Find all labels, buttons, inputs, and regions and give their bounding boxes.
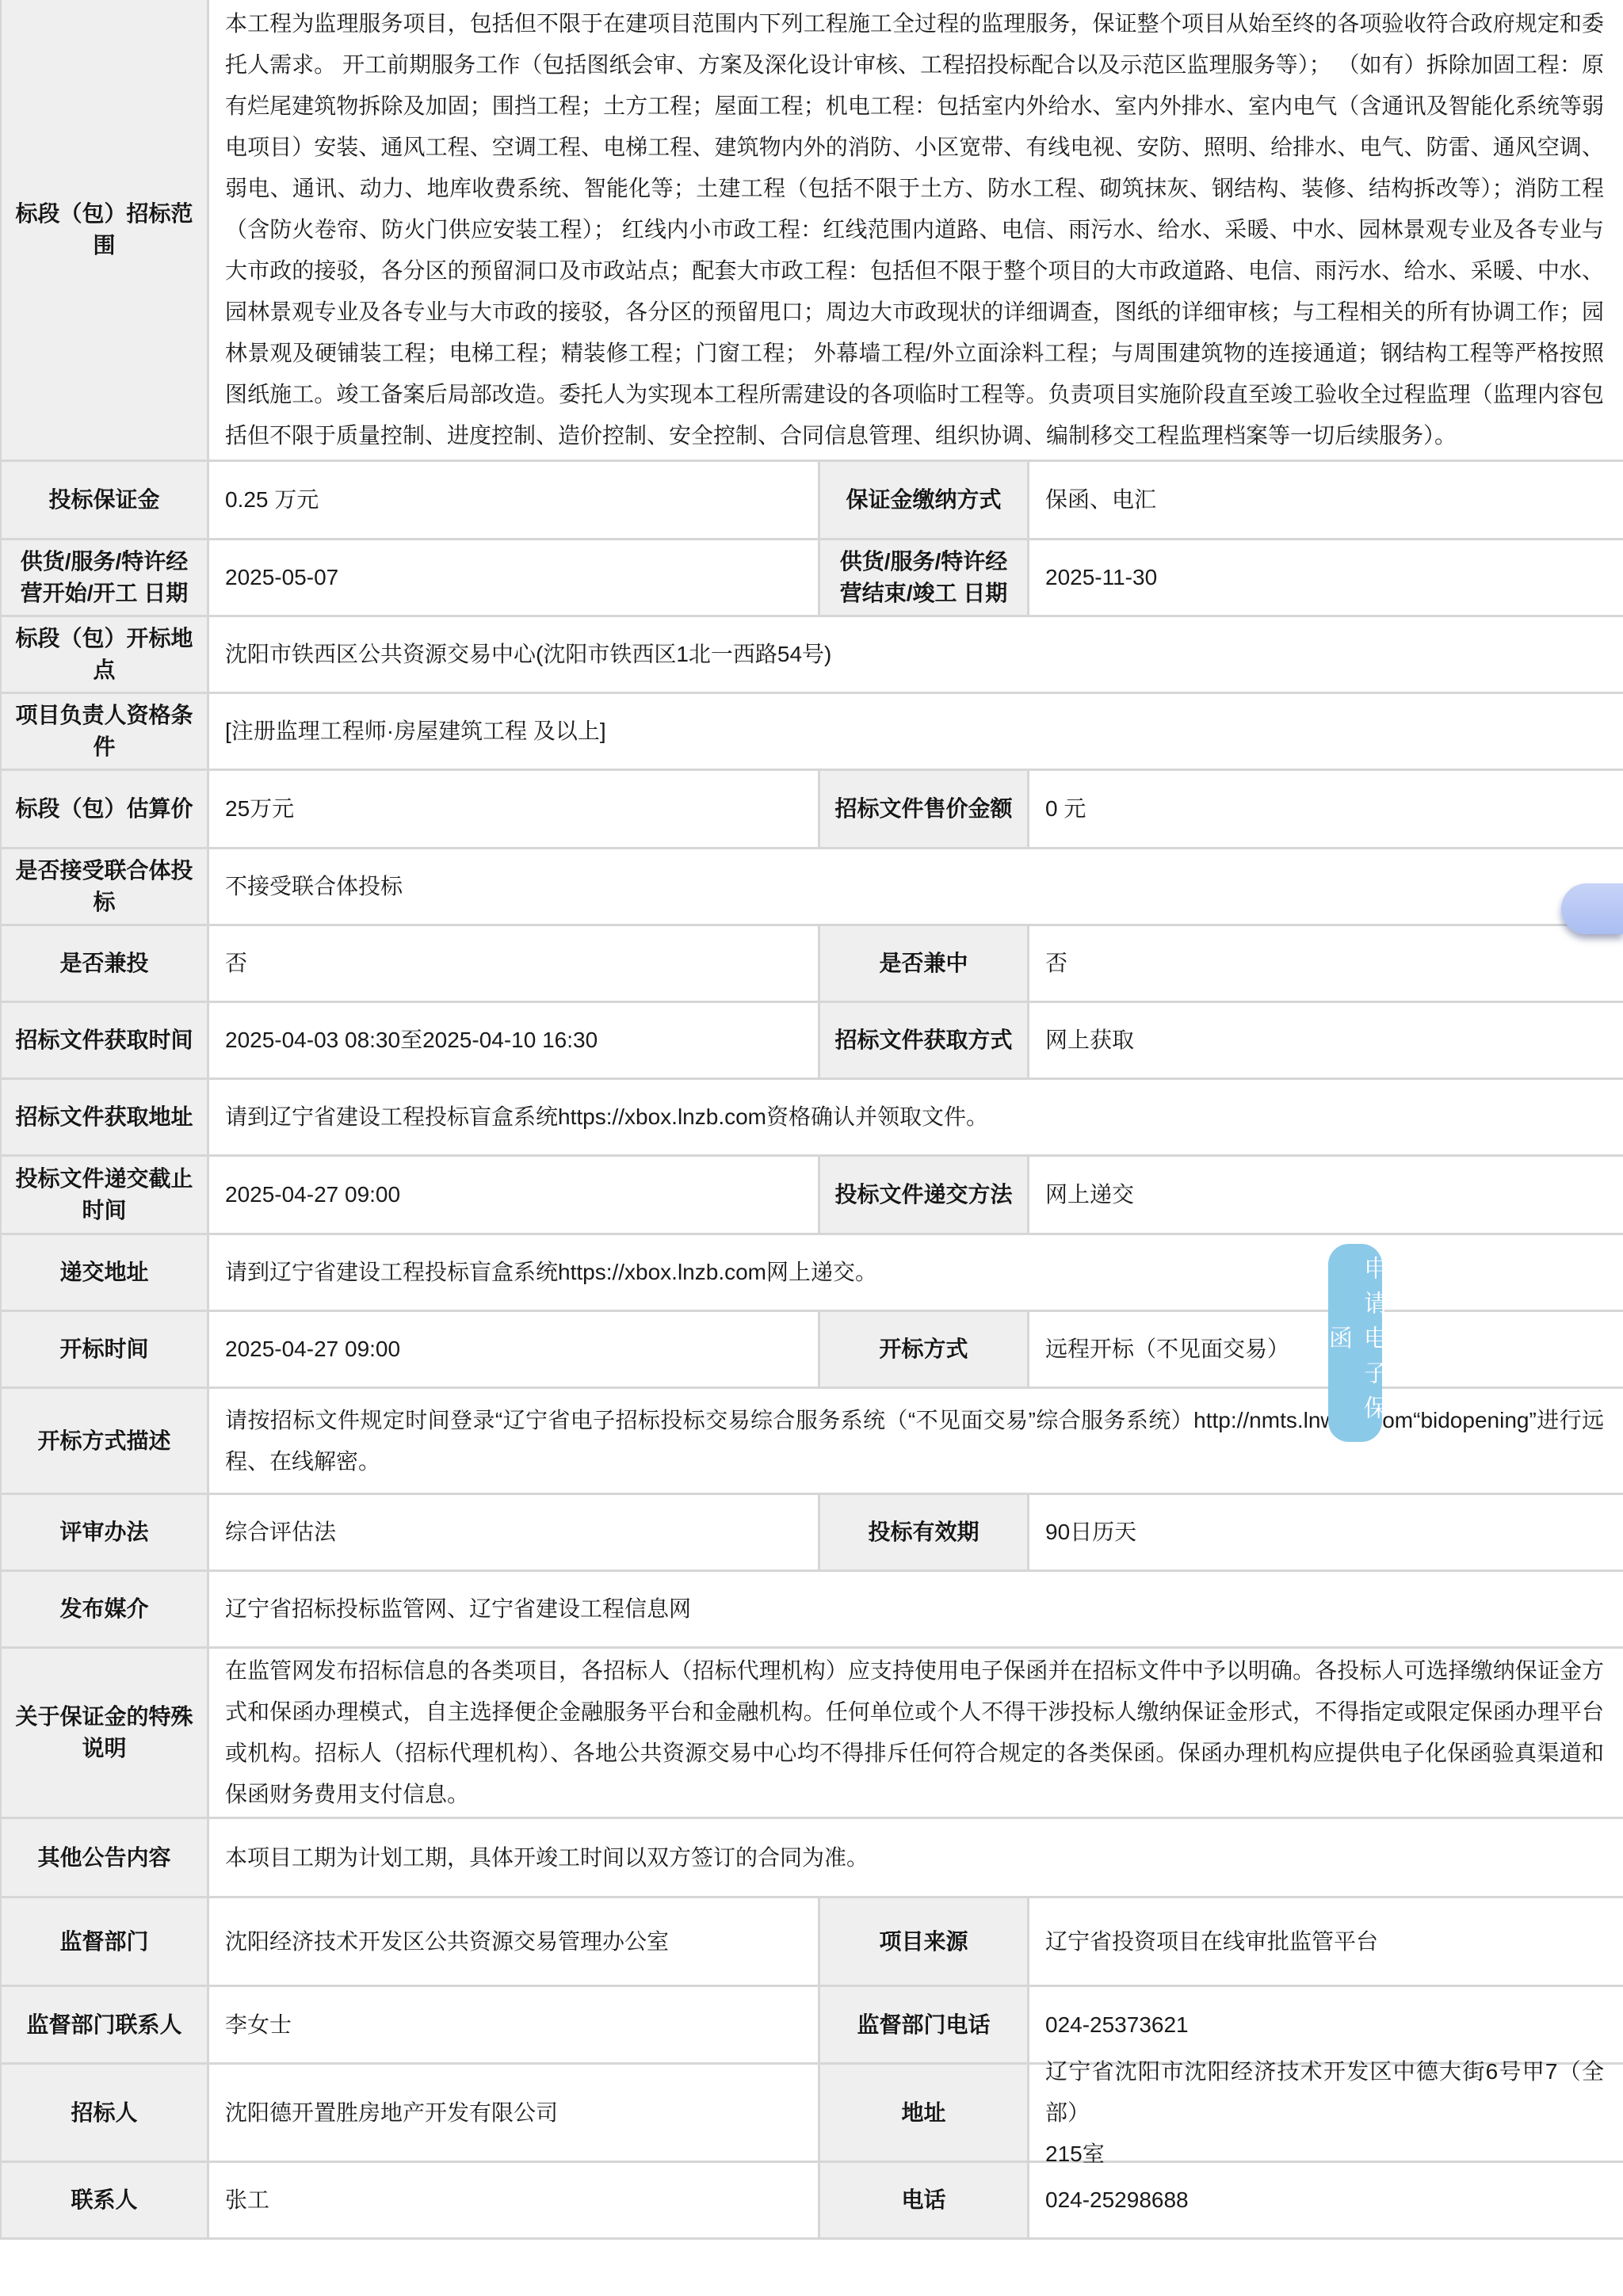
row-label: 招标人 — [2, 2065, 209, 2161]
table-row: 投标文件递交截止时间2025-04-27 09:00投标文件递交方法网上递交 — [2, 1157, 1623, 1235]
row-value: 网上获取 — [1029, 1003, 1623, 1077]
row-value: [注册监理工程师·房屋建筑工程 及以上] — [209, 694, 1623, 769]
row-value: 网上递交 — [1029, 1157, 1623, 1233]
row-value: 综合评估法 — [209, 1495, 818, 1569]
row-value: 90日历天 — [1029, 1495, 1623, 1569]
row-value: 张工 — [209, 2163, 818, 2237]
row-value: 本项目工期为计划工期，具体开竣工时间以双方签订的合同为准。 — [209, 1819, 1623, 1896]
row-label: 是否兼中 — [818, 926, 1029, 1001]
tender-table: 标段（包）招标范围本工程为监理服务项目，包括但不限于在建项目范围内下列工程施工全… — [0, 0, 1623, 2240]
row-label: 投标有效期 — [818, 1495, 1029, 1569]
row-label: 招标文件售价金额 — [818, 771, 1029, 847]
table-row: 其他公告内容本项目工期为计划工期，具体开竣工时间以双方签订的合同为准。 — [2, 1819, 1623, 1898]
table-row: 供货/服务/特许经营开始/开工 日期2025-05-07供货/服务/特许经营结束… — [2, 540, 1623, 617]
row-label: 招标文件获取方式 — [818, 1003, 1029, 1077]
table-row: 标段（包）招标范围本工程为监理服务项目，包括但不限于在建项目范围内下列工程施工全… — [2, 0, 1623, 462]
row-label: 标段（包）开标地点 — [2, 617, 209, 692]
row-label: 标段（包）招标范围 — [2, 0, 209, 460]
row-label: 监督部门电话 — [818, 1987, 1029, 2062]
row-label: 投标保证金 — [2, 462, 209, 538]
row-value: 不接受联合体投标 — [209, 849, 1623, 924]
table-row: 标段（包）开标地点沈阳市铁西区公共资源交易中心(沈阳市铁西区1北一西路54号) — [2, 617, 1623, 694]
row-value: 本工程为监理服务项目，包括但不限于在建项目范围内下列工程施工全过程的监理服务，保… — [209, 0, 1623, 460]
row-label: 项目负责人资格条件 — [2, 694, 209, 769]
row-label: 发布媒介 — [2, 1572, 209, 1646]
row-label: 地址 — [818, 2065, 1029, 2161]
row-label: 投标文件递交方法 — [818, 1157, 1029, 1233]
row-value: 保函、电汇 — [1029, 462, 1623, 538]
table-row: 是否兼投否是否兼中否 — [2, 926, 1623, 1003]
row-value: 否 — [1029, 926, 1623, 1001]
table-row: 项目负责人资格条件[注册监理工程师·房屋建筑工程 及以上] — [2, 694, 1623, 771]
table-row: 联系人张工电话024-25298688 — [2, 2163, 1623, 2240]
row-value: 李女士 — [209, 1987, 818, 2062]
row-value: 辽宁省沈阳市沈阳经济技术开发区中德大街6号甲7（全部） 215室 — [1029, 2065, 1623, 2161]
row-value: 请到辽宁省建设工程投标盲盒系统https://xbox.lnzb.com资格确认… — [209, 1080, 1623, 1154]
row-value: 024-25298688 — [1029, 2163, 1623, 2237]
row-label: 关于保证金的特殊说明 — [2, 1649, 209, 1817]
row-label: 评审办法 — [2, 1495, 209, 1569]
table-row: 关于保证金的特殊说明在监管网发布招标信息的各类项目，各招标人（招标代理机构）应支… — [2, 1649, 1623, 1819]
row-label: 招标文件获取时间 — [2, 1003, 209, 1077]
row-value: 沈阳德开置胜房地产开发有限公司 — [209, 2065, 818, 2161]
row-label: 其他公告内容 — [2, 1819, 209, 1896]
row-value: 2025-04-27 09:00 — [209, 1312, 818, 1386]
table-row: 招标人沈阳德开置胜房地产开发有限公司地址辽宁省沈阳市沈阳经济技术开发区中德大街6… — [2, 2065, 1623, 2163]
apply-electronic-guarantee-button[interactable]: 申请电子保函 — [1328, 1244, 1382, 1442]
row-label: 监督部门 — [2, 1898, 209, 1985]
row-label: 是否接受联合体投标 — [2, 849, 209, 924]
row-label: 开标时间 — [2, 1312, 209, 1386]
row-value: 辽宁省投资项目在线审批监管平台 — [1029, 1898, 1623, 1985]
row-label: 开标方式 — [818, 1312, 1029, 1386]
row-label: 供货/服务/特许经营结束/竣工 日期 — [818, 540, 1029, 615]
row-value: 0 元 — [1029, 771, 1623, 847]
table-row: 评审办法综合评估法投标有效期90日历天 — [2, 1495, 1623, 1572]
table-row: 是否接受联合体投标不接受联合体投标 — [2, 849, 1623, 926]
row-value: 2025-04-27 09:00 — [209, 1157, 818, 1233]
row-label: 递交地址 — [2, 1235, 209, 1310]
row-value: 2025-04-03 08:30至2025-04-10 16:30 — [209, 1003, 818, 1077]
row-value: 0.25 万元 — [209, 462, 818, 538]
row-label: 保证金缴纳方式 — [818, 462, 1029, 538]
table-row: 标段（包）估算价25万元招标文件售价金额0 元 — [2, 771, 1623, 849]
table-row: 招标文件获取地址请到辽宁省建设工程投标盲盒系统https://xbox.lnzb… — [2, 1080, 1623, 1157]
table-row: 发布媒介辽宁省招标投标监管网、辽宁省建设工程信息网 — [2, 1572, 1623, 1649]
row-label: 联系人 — [2, 2163, 209, 2237]
row-value: 2025-05-07 — [209, 540, 818, 615]
row-value: 2025-11-30 — [1029, 540, 1623, 615]
row-value: 在监管网发布招标信息的各类项目，各招标人（招标代理机构）应支持使用电子保函并在招… — [209, 1649, 1623, 1817]
row-label: 投标文件递交截止时间 — [2, 1157, 209, 1233]
row-value: 沈阳经济技术开发区公共资源交易管理办公室 — [209, 1898, 818, 1985]
row-value: 请到辽宁省建设工程投标盲盒系统https://xbox.lnzb.com网上递交… — [209, 1235, 1623, 1310]
table-row: 监督部门沈阳经济技术开发区公共资源交易管理办公室项目来源辽宁省投资项目在线审批监… — [2, 1898, 1623, 1987]
row-label: 标段（包）估算价 — [2, 771, 209, 847]
row-label: 是否兼投 — [2, 926, 209, 1001]
row-value: 25万元 — [209, 771, 818, 847]
row-value: 辽宁省招标投标监管网、辽宁省建设工程信息网 — [209, 1572, 1623, 1646]
row-value: 沈阳市铁西区公共资源交易中心(沈阳市铁西区1北一西路54号) — [209, 617, 1623, 692]
table-row: 投标保证金0.25 万元保证金缴纳方式保函、电汇 — [2, 462, 1623, 540]
side-pill-button[interactable] — [1561, 883, 1623, 934]
table-row: 招标文件获取时间2025-04-03 08:30至2025-04-10 16:3… — [2, 1003, 1623, 1080]
row-value: 否 — [209, 926, 818, 1001]
row-label: 开标方式描述 — [2, 1389, 209, 1493]
row-label: 监督部门联系人 — [2, 1987, 209, 2062]
row-label: 项目来源 — [818, 1898, 1029, 1985]
row-label: 供货/服务/特许经营开始/开工 日期 — [2, 540, 209, 615]
row-label: 招标文件获取地址 — [2, 1080, 209, 1154]
row-label: 电话 — [818, 2163, 1029, 2237]
row-value: 请按招标文件规定时间登录“辽宁省电子招标投标交易综合服务系统（“不见面交易”综合… — [209, 1389, 1623, 1493]
